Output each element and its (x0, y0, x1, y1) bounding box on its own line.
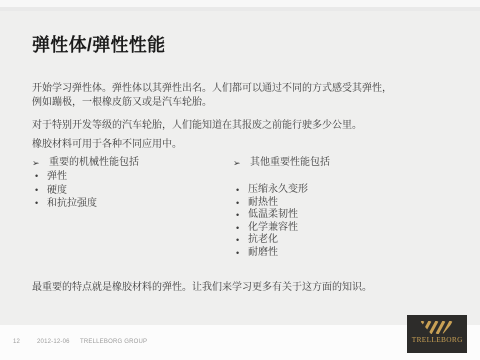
dot-bullet-icon: • (233, 234, 248, 247)
paragraph-tires: 对于特别开发等级的汽车轮胎，人们能知道在其报废之前能行驶多少公里。 (32, 119, 460, 133)
list-item-text: 和抗拉强度 (47, 197, 97, 211)
list-item-text: 低温柔韧性 (248, 209, 298, 222)
paragraph-closing: 最重要的特点就是橡胶材料的弹性。让我们来学习更多有关于这方面的知识。 (32, 281, 460, 295)
page-number: 12 (13, 339, 20, 345)
paragraph-intro-line1: 开始学习弹性体。弹性体以其弹性出名。人们都可以通过不同的方式感受其弹性， (32, 82, 460, 96)
list-item-text: 弹性 (47, 170, 67, 184)
dot-bullet-icon: • (32, 197, 47, 211)
footer-date: 2012-12-06 (37, 339, 70, 345)
list-item: • 和抗拉强度 (32, 197, 222, 211)
mechanical-properties-heading: ➢ 重要的机械性能包括 (32, 156, 222, 170)
heading-text: 其他重要性能包括 (250, 156, 330, 170)
heading-text: 重要的机械性能包括 (49, 156, 139, 170)
list-item: • 化学兼容性 (233, 222, 453, 235)
list-item: • 弹性 (32, 170, 222, 184)
trelleborg-logo: TRELLEBORG (407, 315, 467, 353)
list-item: • 耐热性 (233, 197, 453, 210)
top-strip (0, 0, 480, 7)
footer-company: TRELLEBORG GROUP (80, 339, 147, 345)
mechanical-properties-list: • 弹性 • 硬度 • 和抗拉强度 (32, 170, 222, 211)
list-item-text: 耐磨性 (248, 247, 278, 260)
trelleborg-wordmark: TRELLEBORG (412, 336, 463, 344)
dot-bullet-icon: • (233, 222, 248, 235)
arrow-bullet-icon: ➢ (233, 156, 250, 170)
other-properties-list: • 压缩永久变形 • 耐热性 • 低温柔韧性 • 化学兼容性 • 抗老化 • 耐… (233, 184, 453, 260)
list-item-text: 化学兼容性 (248, 222, 298, 235)
dot-bullet-icon: • (233, 209, 248, 222)
dot-bullet-icon: • (32, 184, 47, 198)
paragraph-applications: 橡胶材料可用于各种不同应用中。 (32, 138, 460, 152)
other-properties-column: ➢ 其他重要性能包括 • 压缩永久变形 • 耐热性 • 低温柔韧性 • 化学兼容… (233, 156, 453, 260)
list-item-text: 抗老化 (248, 234, 278, 247)
mechanical-properties-column: ➢ 重要的机械性能包括 • 弹性 • 硬度 • 和抗拉强度 (32, 156, 222, 211)
paragraph-intro-line2: 例如蹦极，一根橡皮筋又或是汽车轮胎。 (32, 96, 460, 110)
dot-bullet-icon: • (32, 170, 47, 184)
slide-title: 弹性体/弹性性能 (32, 31, 165, 57)
list-item: • 硬度 (32, 184, 222, 198)
other-properties-heading: ➢ 其他重要性能包括 (233, 156, 453, 170)
dot-bullet-icon: • (233, 184, 248, 197)
dot-bullet-icon: • (233, 197, 248, 210)
list-item: • 低温柔韧性 (233, 209, 453, 222)
dot-bullet-icon: • (233, 247, 248, 260)
list-item: • 耐磨性 (233, 247, 453, 260)
trelleborg-emblem-icon (420, 321, 454, 334)
list-item: • 压缩永久变形 (233, 184, 453, 197)
list-item-text: 压缩永久变形 (248, 184, 308, 197)
list-item-text: 硬度 (47, 184, 67, 198)
arrow-bullet-icon: ➢ (32, 156, 49, 170)
paragraph-intro: 开始学习弹性体。弹性体以其弹性出名。人们都可以通过不同的方式感受其弹性， 例如蹦… (32, 82, 460, 110)
list-item: • 抗老化 (233, 234, 453, 247)
top-band (0, 7, 480, 11)
list-item-text: 耐热性 (248, 197, 278, 210)
